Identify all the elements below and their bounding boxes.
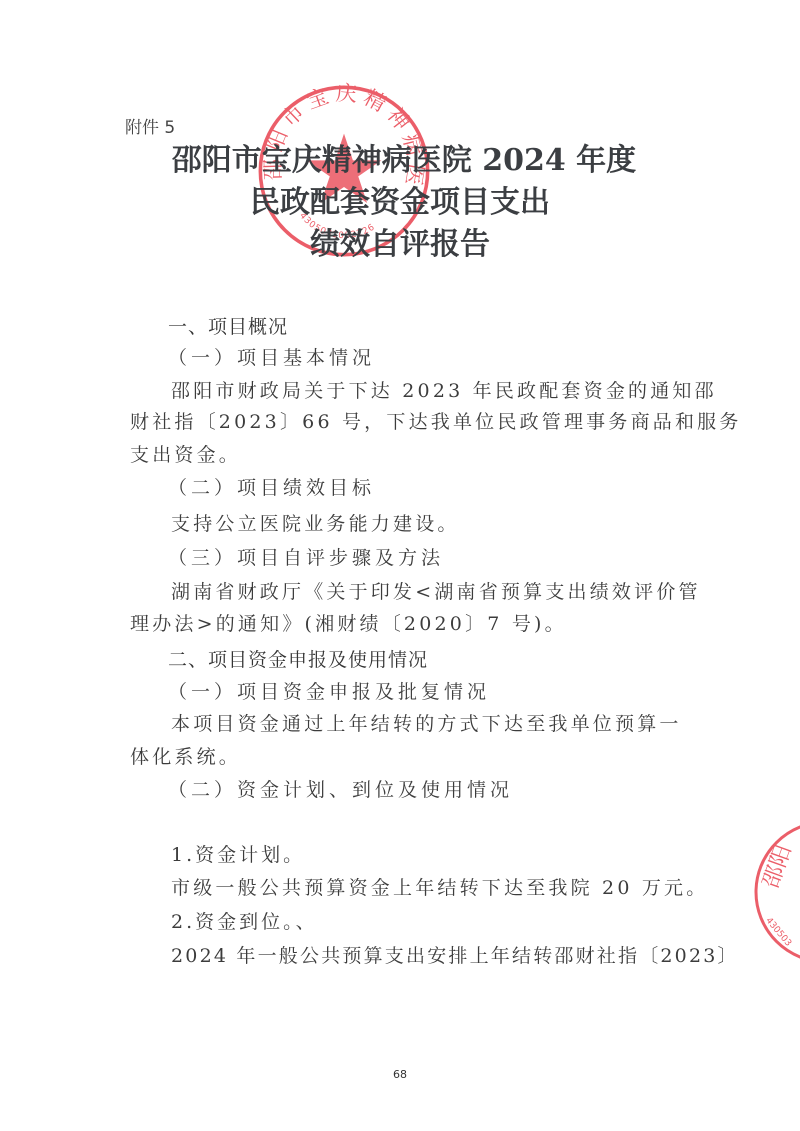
paragraph-line: 理办法>的通知》(湘财绩〔2020〕7 号)。 xyxy=(130,612,567,636)
page-number: 68 xyxy=(0,1068,800,1081)
section-heading-1: 一、项目概况 xyxy=(168,315,288,339)
subsection-heading: （三）项目自评步骤及方法 xyxy=(168,546,444,570)
document-page: 邵阳市宝庆精神病医院 4305031002226 邵阳 430503 附件 5 … xyxy=(0,0,800,1131)
paragraph-line: 支出资金。 xyxy=(130,443,241,467)
section-heading-2: 二、项目资金申报及使用情况 xyxy=(168,648,428,672)
title-line-3: 绩效自评报告 xyxy=(0,224,800,266)
paragraph-line: 湖南省财政厅《关于印发<湖南省预算支出绩效评价管 xyxy=(171,580,701,604)
paragraph-line: 本项目资金通过上年结转的方式下达至我单位预算一 xyxy=(171,712,682,736)
seal-side-text: 邵阳 xyxy=(758,842,797,892)
attachment-label: 附件 5 xyxy=(125,113,175,138)
paragraph-line: 财社指〔2023〕66 号，下达我单位民政管理事务商品和服务 xyxy=(130,410,742,434)
paragraph-line: 支持公立医院业务能力建设。 xyxy=(171,512,460,536)
numbered-heading: 1.资金计划。 xyxy=(171,843,305,867)
paragraph-line: 邵阳市财政局关于下达 2023 年民政配套资金的通知邵 xyxy=(171,379,717,403)
edge-seal-icon: 邵阳 430503 xyxy=(752,818,800,966)
document-title: 邵阳市宝庆精神病医院 2024 年度 民政配套资金项目支出 绩效自评报告 xyxy=(0,140,800,266)
subsection-heading: （一）项目基本情况 xyxy=(168,346,375,370)
subsection-heading: （二）项目绩效目标 xyxy=(168,476,375,500)
subsection-heading: （一）项目资金申报及批复情况 xyxy=(168,680,490,704)
numbered-heading: 2.资金到位。、 xyxy=(171,910,318,934)
subsection-heading: （二）资金计划、到位及使用情况 xyxy=(168,778,513,802)
paragraph-line: 体化系统。 xyxy=(130,745,241,769)
title-line-2: 民政配套资金项目支出 xyxy=(0,182,800,224)
paragraph-line: 2024 年一般公共预算支出安排上年结转邵财社指〔2023〕 xyxy=(171,944,739,968)
paragraph-line: 市级一般公共预算资金上年结转下达至我院 20 万元。 xyxy=(171,876,708,900)
title-line-1: 邵阳市宝庆精神病医院 2024 年度 xyxy=(0,140,800,182)
